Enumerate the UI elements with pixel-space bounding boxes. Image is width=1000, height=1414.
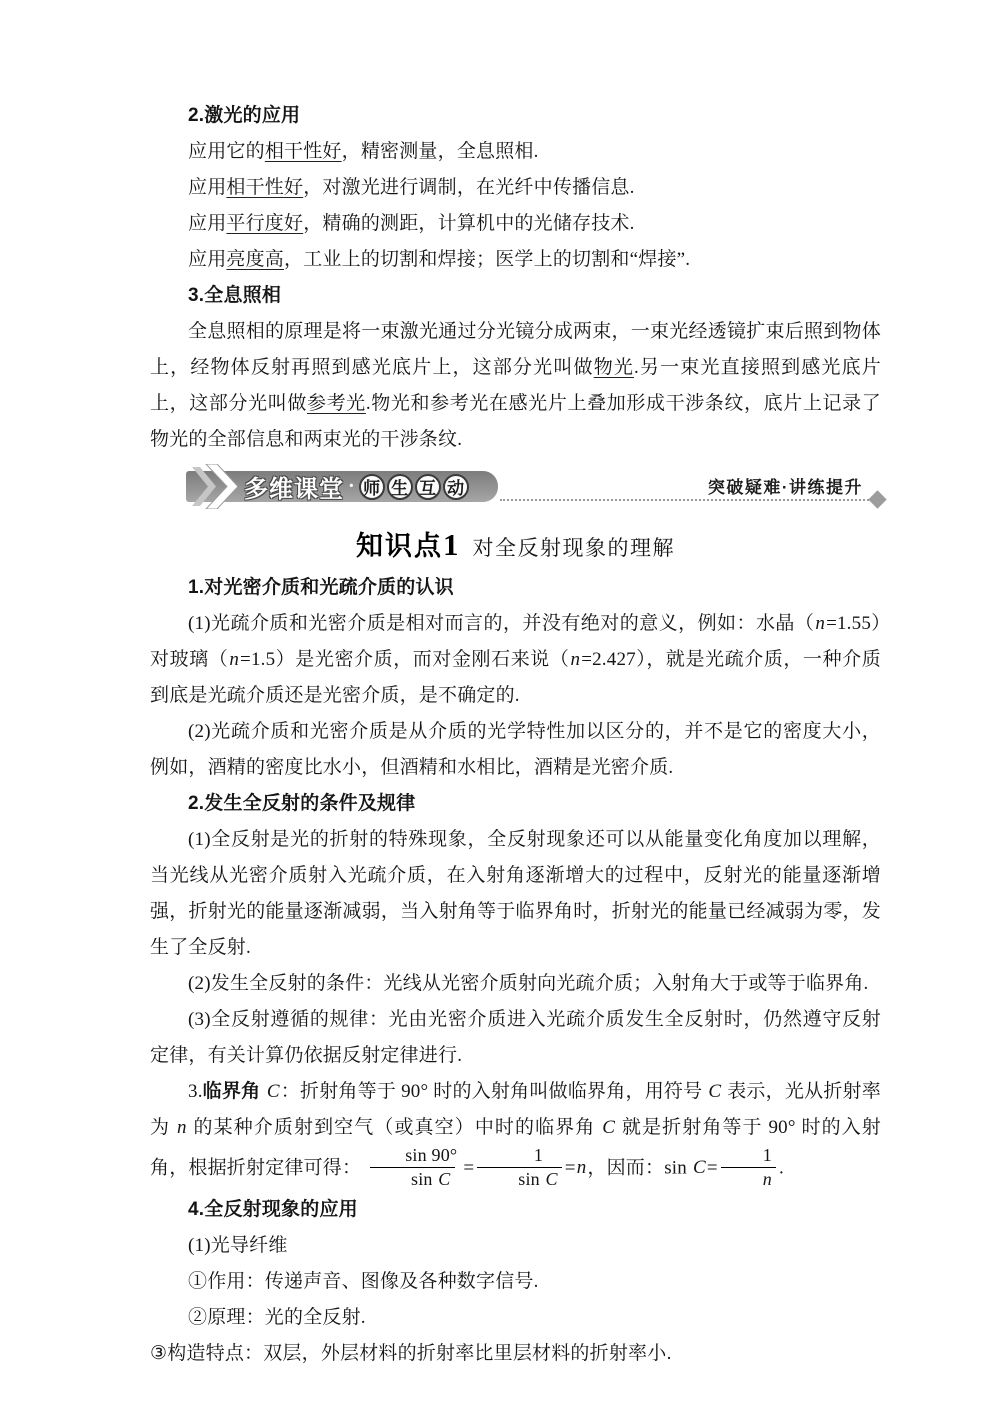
banner-bar: 多维课堂 · 师 生 互 动 <box>186 471 498 502</box>
double-chevron-icon <box>191 464 243 509</box>
text-run: ，对激光进行调制，在光纤中传播信息. <box>303 177 634 198</box>
denominator: n <box>721 1167 776 1191</box>
text-run: ，精确的测距，计算机中的光储存技术. <box>303 213 634 234</box>
banner-right-label: 突破疑难·讲练提升 <box>708 473 863 498</box>
optical-fiber-function: ①作用：传递声音、图像及各种数字信号. <box>150 1264 881 1300</box>
text-run: ，精密测量，全息照相. <box>342 141 539 162</box>
equals-sign: = <box>463 1157 474 1178</box>
total-reflection-paragraph-2: (2)发生全反射的条件：光线从光密介质射向光疏介质；入射角大于或等于临界角. <box>150 966 881 1002</box>
laser-application-line-1: 应用它的相干性好，精密测量，全息照相. <box>150 134 881 170</box>
banner-circle-char: 动 <box>443 474 469 500</box>
equals-sign: = <box>565 1157 576 1178</box>
text-run: 3. <box>188 1081 203 1102</box>
laser-applications-header: 2.激光的应用 <box>150 98 881 134</box>
fraction-1-over-n: 1n <box>721 1144 776 1190</box>
text-run: sin <box>411 1169 437 1189</box>
text-run: ： <box>281 1081 300 1102</box>
variable-C: C <box>601 1117 616 1138</box>
variable-C: C <box>437 1169 451 1189</box>
applications-header: 4.全反射现象的应用 <box>150 1192 881 1228</box>
dotted-divider <box>500 499 869 501</box>
optical-fiber-principle: ②原理：光的全反射. <box>150 1300 881 1336</box>
banner-separator-dot: · <box>348 475 355 498</box>
underlined-term: 平行度好 <box>226 213 303 234</box>
numerator: 1 <box>493 1144 546 1167</box>
total-reflection-rules-header: 2.发生全反射的条件及规律 <box>150 786 881 822</box>
text-run: =1.5）是光密介质，而对金刚石来说（ <box>240 649 569 670</box>
denominator: sin C <box>370 1167 455 1191</box>
variable-n: n <box>762 1169 773 1189</box>
variable-C: C <box>545 1169 559 1189</box>
knowledge-point-number: 1 <box>443 527 459 562</box>
text-run: 应用 <box>188 249 226 270</box>
banner-circle-char: 师 <box>359 474 385 500</box>
text-run: . <box>779 1157 784 1178</box>
text-run: 折射角等于 90° 时的入射角叫做临界角，用符号 <box>300 1081 707 1102</box>
denominator: sin C <box>477 1167 562 1191</box>
laser-application-line-3: 应用平行度好，精确的测距，计算机中的光储存技术. <box>150 206 881 242</box>
text-run: sin <box>664 1157 692 1178</box>
variable-C: C <box>692 1157 707 1178</box>
underlined-term: 相干性好 <box>265 141 342 162</box>
page-content: 2.激光的应用 应用它的相干性好，精密测量，全息照相. 应用相干性好，对激光进行… <box>150 98 881 1372</box>
fraction-1-over-sinC: 1sin C <box>477 1144 562 1190</box>
text-run: ，因而： <box>587 1157 664 1178</box>
underlined-term: 亮度高 <box>226 249 284 270</box>
total-reflection-paragraph-3: (3)全反射遵循的规律：光由光密介质进入光疏介质发生全反射时，仍然遵守反射定律，… <box>150 1002 881 1074</box>
text-run: 应用 <box>188 177 226 198</box>
critical-angle-paragraph: 3.临界角 C：折射角等于 90° 时的入射角叫做临界角，用符号 C 表示，光从… <box>150 1074 881 1192</box>
section-banner: 多维课堂 · 师 生 互 动 突破疑难·讲练提升 <box>150 466 881 516</box>
text-run: sin <box>518 1169 544 1189</box>
variable-n: n <box>814 613 826 634</box>
document-page: 2.激光的应用 应用它的相干性好，精密测量，全息照相. 应用相干性好，对激光进行… <box>0 0 1000 1414</box>
diamond-icon <box>868 490 886 508</box>
underlined-term: 物光 <box>594 357 634 378</box>
variable-n: n <box>176 1117 188 1138</box>
variable-C: C <box>707 1081 722 1102</box>
banner-circle-char: 生 <box>387 474 413 500</box>
text-run: 的某种介质射到空气（或真空）中时的临界角 <box>188 1117 602 1138</box>
underlined-term: 相干性好 <box>226 177 303 198</box>
total-reflection-paragraph-1: (1)全反射是光的折射的特殊现象，全反射现象还可以从能量变化角度加以理解，当光线… <box>150 822 881 966</box>
knowledge-point-heading: 知识点1对全反射现象的理解 <box>150 524 881 566</box>
variable-n: n <box>228 649 240 670</box>
knowledge-point-label: 知识点 <box>356 531 443 561</box>
fraction-sin90-over-sinC: sin 90°sin C <box>364 1144 460 1190</box>
text-run: 应用它的 <box>188 141 265 162</box>
media-paragraph-2: (2)光疏介质和光密介质是从介质的光学特性加以区分的，并不是它的密度大小，例如，… <box>150 714 881 786</box>
media-paragraph-1: (1)光疏介质和光密介质是相对而言的，并没有绝对的意义，例如：水晶（n=1.55… <box>150 606 881 714</box>
critical-angle-term: 临界角 <box>203 1081 266 1102</box>
knowledge-point-title: 对全反射现象的理解 <box>473 536 676 560</box>
banner-circle-char: 互 <box>415 474 441 500</box>
numerator: sin 90° <box>364 1144 460 1167</box>
laser-application-line-2: 应用相干性好，对激光进行调制，在光纤中传播信息. <box>150 170 881 206</box>
text-run: ，工业上的切割和焊接；医学上的切割和“焊接”. <box>284 249 690 270</box>
text-run: (1)光疏介质和光密介质是相对而言的，并没有绝对的意义，例如：水晶（ <box>188 613 814 634</box>
holography-header: 3.全息照相 <box>150 278 881 314</box>
numerator: 1 <box>722 1144 775 1167</box>
laser-application-line-4: 应用亮度高，工业上的切割和焊接；医学上的切割和“焊接”. <box>150 242 881 278</box>
text-run: 应用 <box>188 213 226 234</box>
equals-sign: = <box>707 1157 718 1178</box>
variable-n: n <box>576 1157 588 1178</box>
banner-title: 多维课堂 <box>244 469 344 504</box>
optical-fiber-structure: ③构造特点：双层，外层材料的折射率比里层材料的折射率小. <box>150 1336 881 1372</box>
variable-n: n <box>569 649 581 670</box>
variable-C: C <box>266 1081 281 1102</box>
optical-fiber-subheader: (1)光导纤维 <box>150 1228 881 1264</box>
underlined-term: 参考光 <box>307 393 366 414</box>
media-section-header: 1.对光密介质和光疏介质的认识 <box>150 570 881 606</box>
holography-paragraph: 全息照相的原理是将一束激光通过分光镜分成两束，一束光经透镜扩束后照到物体上，经物… <box>150 314 881 458</box>
